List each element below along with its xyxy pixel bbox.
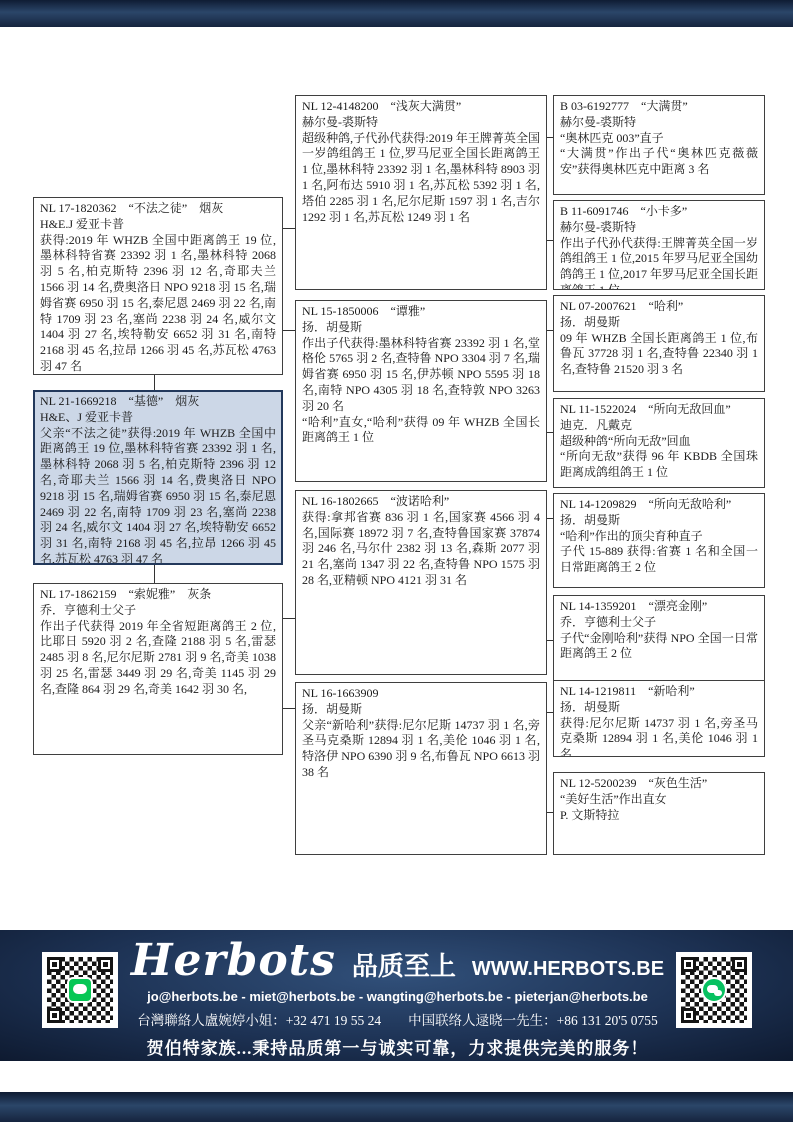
ring-number: NL 12-5200239 “灰色生活” xyxy=(560,776,758,792)
ring-number: NL 17-1862159 “索妮雅” 灰条 xyxy=(40,587,276,603)
note-text: 子代 15-889 获得:省赛 1 名和全国一日常距离鸽王 2 位 xyxy=(560,544,758,576)
pedigree-connector xyxy=(547,137,553,138)
performance-text: “哈利”作出的顶尖育种直子 xyxy=(560,529,758,545)
fancier-name: 乔．亨德利士父子 xyxy=(560,615,758,631)
ring-number: NL 07-2007621 “哈利” xyxy=(560,299,758,315)
footer-slogan: 贺伯特家族...秉持品质第一与诚实可靠，力求提供完美的服务！ xyxy=(125,1034,670,1059)
fancier-name: 迪克．凡戴克 xyxy=(560,418,758,434)
ring-number: NL 17-1820362 “不法之徒” 烟灰 xyxy=(40,201,276,217)
pedigree-connector xyxy=(283,330,295,331)
note-text: “大满贯”作出子代“奥林匹克薇薇安”获得奥林匹克中距离 3 名 xyxy=(560,146,758,178)
wechat-icon xyxy=(701,977,727,1003)
footer-contacts: 台灣聯絡人盧婉婷小姐：+32 471 19 55 24 中国联络人逯晓一先生：+… xyxy=(125,1009,670,1029)
pedigree-connector xyxy=(283,708,295,709)
fancier-name: 扬．胡曼斯 xyxy=(302,702,540,718)
fancier-name: 扬．胡曼斯 xyxy=(560,315,758,331)
pedigree-box-grandparent: NL 12-4148200 “浅灰大满贯” 赫尔曼-裘斯特 超级种鸽,子代孙代获… xyxy=(295,95,547,290)
ring-number: NL 16-1663909 xyxy=(302,686,540,702)
qr-finder xyxy=(732,957,747,972)
top-navy-bar xyxy=(0,0,793,27)
pedigree-connector xyxy=(547,518,553,519)
performance-text: 获得:拿邦省赛 836 羽 1 名,国家赛 4566 羽 4 名,国际赛 189… xyxy=(302,510,540,589)
footer-tagline: 品质至上 xyxy=(352,946,456,983)
line-icon xyxy=(67,977,93,1003)
pedigree-box-great-grandparent: NL 14-1219811 “新哈利” 扬．胡曼斯 获得:尼尔尼斯 14737 … xyxy=(553,680,765,757)
pedigree-box-great-grandparent: B 03-6192777 “大满贯” 赫尔曼-裘斯特 “奥林匹克 003”直子 … xyxy=(553,95,765,195)
pedigree-box-grandparent: NL 16-1802665 “波诺哈利” 获得:拿邦省赛 836 羽 1 名,国… xyxy=(295,490,547,675)
pedigree-box-dam: NL 17-1862159 “索妮雅” 灰条 乔．亨德利士父子 作出子代获得 2… xyxy=(33,583,283,755)
ring-number: NL 14-1219811 “新哈利” xyxy=(560,684,758,700)
performance-text: “奥林匹克 003”直子 xyxy=(560,131,758,147)
fancier-name: 扬．胡曼斯 xyxy=(560,700,758,716)
pedigree-page: NL 17-1820362 “不法之徒” 烟灰 H&E.J 爱亚卡普 获得:20… xyxy=(0,0,793,1122)
performance-text: 超级种鸽“所向无敌”回血 xyxy=(560,434,758,450)
qr-finder xyxy=(47,1008,62,1023)
qr-finder xyxy=(98,957,113,972)
pedigree-box-sire: NL 17-1820362 “不法之徒” 烟灰 H&E.J 爱亚卡普 获得:20… xyxy=(33,197,283,375)
pedigree-connector xyxy=(283,228,295,229)
pedigree-connector xyxy=(547,330,553,331)
performance-text: 子代“金刚哈利”获得 NPO 全国一日常距离鸽王 2 位 xyxy=(560,631,758,663)
pedigree-connector xyxy=(547,712,553,713)
note-text: “所向无敌”获得 96 年 KBDB 全国珠距离成鸽组鸽王 1 位 xyxy=(560,449,758,481)
performance-text: 父亲“不法之徒”获得:2019 年 WHZB 全国中距离鸽王 19 位,墨林科特… xyxy=(40,426,276,565)
ring-number: NL 12-4148200 “浅灰大满贯” xyxy=(302,99,540,115)
ring-number: B 03-6192777 “大满贯” xyxy=(560,99,758,115)
fancier-name: 赫尔曼-裘斯特 xyxy=(560,220,758,236)
performance-text: 作出子代获得 2019 年全省短距离鸽王 2 位,比耶日 5920 羽 2 名,… xyxy=(40,619,276,698)
fancier-name: 乔．亨德利士父子 xyxy=(40,603,276,619)
qr-finder xyxy=(47,957,62,972)
pedigree-box-great-grandparent: NL 14-1359201 “漂亮金刚” 乔．亨德利士父子 子代“金刚哈利”获得… xyxy=(553,595,765,685)
performance-text: “美好生活”作出直女 xyxy=(560,792,758,808)
qr-finder xyxy=(681,957,696,972)
fancier-name: H&E.J 爱亚卡普 xyxy=(40,217,276,233)
ring-number: NL 21-1669218 “基德” 烟灰 xyxy=(40,394,276,410)
pedigree-connector xyxy=(154,565,155,583)
fancier-name: 赫尔曼-裘斯特 xyxy=(302,115,540,131)
performance-text: 09 年 WHZB 全国长距离鸽王 1 位,布鲁瓦 37728 羽 1 名,查特… xyxy=(560,331,758,378)
line-qr-code xyxy=(42,952,118,1028)
herbots-logo: Herbots xyxy=(131,936,336,986)
bottom-navy-bar xyxy=(0,1092,793,1122)
wechat-qr-code xyxy=(676,952,752,1028)
pedigree-connector xyxy=(547,432,553,433)
footer-center: Herbots 品质至上 WWW.HERBOTS.BE jo@herbots.b… xyxy=(125,936,670,1059)
ring-number: NL 11-1522024 “所向无敌回血” xyxy=(560,402,758,418)
ring-number: NL 14-1359201 “漂亮金刚” xyxy=(560,599,758,615)
pedigree-box-grandparent: NL 15-1850006 “谭雅” 扬．胡曼斯 作出子代获得:墨林科特省赛 2… xyxy=(295,300,547,482)
pedigree-connector xyxy=(547,812,553,813)
pedigree-connector xyxy=(547,640,553,641)
fancier-name: 扬．胡曼斯 xyxy=(302,320,540,336)
fancier-name: H&E、J 爱亚卡普 xyxy=(40,410,276,426)
pedigree-box-great-grandparent: NL 07-2007621 “哈利” 扬．胡曼斯 09 年 WHZB 全国长距离… xyxy=(553,295,765,392)
performance-text: 获得:尼尔尼斯 14737 羽 1 名,旁圣马克桑斯 12894 羽 1 名,美… xyxy=(560,716,758,757)
fancier-name: 扬．胡曼斯 xyxy=(560,513,758,529)
ring-number: NL 14-1209829 “所向无敌哈利” xyxy=(560,497,758,513)
pedigree-connector xyxy=(283,618,295,619)
pedigree-box-subject: NL 21-1669218 “基德” 烟灰 H&E、J 爱亚卡普 父亲“不法之徒… xyxy=(33,390,283,565)
fancier-name: P. 文斯特拉 xyxy=(560,808,758,824)
pedigree-box-great-grandparent: NL 11-1522024 “所向无敌回血” 迪克．凡戴克 超级种鸽“所向无敌”… xyxy=(553,398,765,488)
pedigree-box-grandparent: NL 16-1663909 扬．胡曼斯 父亲“新哈利”获得:尼尔尼斯 14737… xyxy=(295,682,547,855)
qr-finder xyxy=(681,1008,696,1023)
pedigree-box-great-grandparent: NL 12-5200239 “灰色生活” “美好生活”作出直女 P. 文斯特拉 xyxy=(553,772,765,855)
pedigree-box-great-grandparent: B 11-6091746 “小卡多” 赫尔曼-裘斯特 作出子代孙代获得:王牌菁英… xyxy=(553,200,765,290)
ring-number: NL 15-1850006 “谭雅” xyxy=(302,304,540,320)
fancier-name: 赫尔曼-裘斯特 xyxy=(560,115,758,131)
performance-text: 获得:2019 年 WHZB 全国中距离鸽王 19 位,墨林科特省赛 23392… xyxy=(40,233,276,375)
performance-text: 父亲“新哈利”获得:尼尔尼斯 14737 羽 1 名,旁圣马克桑斯 12894 … xyxy=(302,718,540,781)
ring-number: B 11-6091746 “小卡多” xyxy=(560,204,758,220)
footer-website: WWW.HERBOTS.BE xyxy=(472,958,664,981)
note-text: “哈利”直女,“哈利”获得 09 年 WHZB 全国长距离鸽王 1 位 xyxy=(302,415,540,447)
performance-text: 作出子代获得:墨林科特省赛 23392 羽 1 名,堂格伦 5765 羽 2 名… xyxy=(302,336,540,415)
performance-text: 作出子代孙代获得:王牌菁英全国一岁鸽组鸽王 1 位,2015 年罗马尼亚全国幼鸽… xyxy=(560,236,758,290)
footer-emails: jo@herbots.be - miet@herbots.be - wangti… xyxy=(125,989,670,1004)
pedigree-connector xyxy=(547,240,553,241)
pedigree-connector xyxy=(154,375,155,390)
ring-number: NL 16-1802665 “波诺哈利” xyxy=(302,494,540,510)
performance-text: 超级种鸽,子代孙代获得:2019 年王牌菁英全国一岁鸽组鸽王 1 位,罗马尼亚全… xyxy=(302,131,540,226)
footer-banner: Herbots 品质至上 WWW.HERBOTS.BE jo@herbots.b… xyxy=(0,930,793,1061)
pedigree-box-great-grandparent: NL 14-1209829 “所向无敌哈利” 扬．胡曼斯 “哈利”作出的顶尖育种… xyxy=(553,493,765,588)
